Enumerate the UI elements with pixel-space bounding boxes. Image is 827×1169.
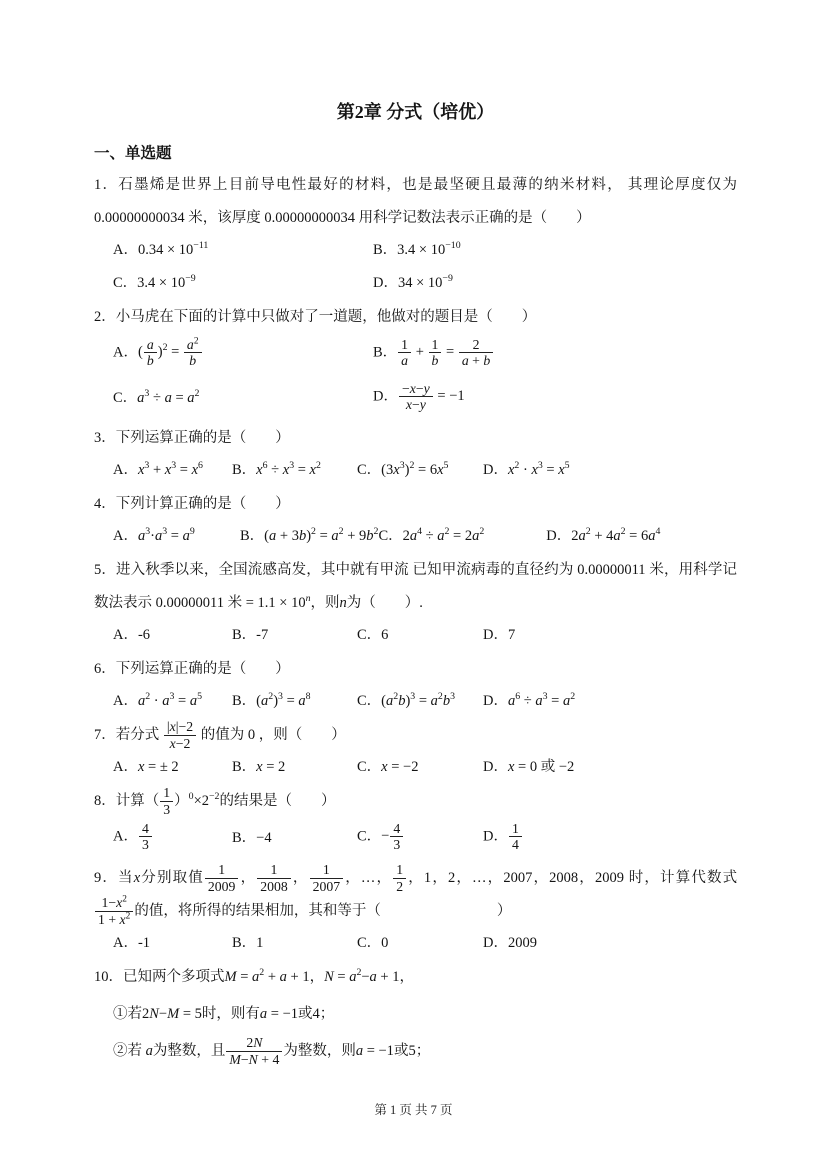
section-heading: 一、单选题 (94, 142, 737, 166)
option-c: C．3.4 × 10−9 (113, 271, 373, 292)
option-c: C．0 (357, 931, 483, 952)
option-a: A．0.34 × 10−11 (113, 238, 373, 259)
options-row: A．0.34 × 10−11 B．3.4 × 10−10 C．3.4 × 10−… (94, 238, 737, 292)
option-d: D．2009 (483, 931, 737, 952)
option-b: B．3.4 × 10−10 (373, 238, 737, 259)
question-stem: 10．已知两个多项式M = a2 + a + 1，N = a2−a + 1， (94, 961, 737, 994)
question-8: 8．计算（13）0×2−2的结果是（ ） A．43 B．−4 C．−43 D．1… (94, 785, 737, 853)
options-row: A．(ab)2 = a2b B．1a + 1b = 2a + b C．a3 ÷ … (94, 337, 737, 413)
option-b: B．−4 (232, 826, 357, 847)
option-b: B．1a + 1b = 2a + b (373, 337, 737, 369)
question-10: 10．已知两个多项式M = a2 + a + 1，N = a2−a + 1， ①… (94, 961, 737, 1068)
option-d: D．14 (483, 821, 737, 853)
option-c: C．2a4 ÷ a2 = 2a2 (378, 524, 484, 545)
question-4: 4．下列计算正确的是（ ） A．a3·a3 = a9 B．(a + 3b)2 =… (94, 488, 737, 545)
question-stem: 8．计算（13）0×2−2的结果是（ ） (94, 785, 737, 818)
option-d: D．34 × 10−9 (373, 271, 737, 292)
question-stem: 3．下列运算正确的是（ ） (94, 422, 737, 455)
question-stem: 7．若分式 |x|−2x−2 的值为 0 ，则（ ） (94, 719, 737, 752)
question-5: 5．进入秋季以来，全国流感高发，其中就有甲流 已知甲流病毒的直径约为 0.000… (94, 554, 737, 644)
options-row: A．43 B．−4 C．−43 D．14 (94, 821, 737, 853)
option-b: B．(a2)3 = a8 (232, 689, 357, 710)
options-row: A．x = ± 2 B．x = 2 C．x = −2 D．x = 0 或 −2 (94, 755, 737, 776)
question-stem: 2．小马虎在下面的计算中只做对了一道题，他做对的题目是（ ） (94, 301, 737, 334)
question-6: 6．下列运算正确的是（ ） A．a2 · a3 = a5 B．(a2)3 = a… (94, 653, 737, 710)
option-d: D．a6 ÷ a3 = a2 (483, 689, 737, 710)
options-row: A．a2 · a3 = a5 B．(a2)3 = a8 C．(a2b)3 = a… (94, 689, 737, 710)
subpart-2: ②若 a为整数，且2NM−N + 4为整数，则a = −1或5； (94, 1035, 737, 1068)
question-3: 3．下列运算正确的是（ ） A．x3 + x3 = x6 B．x6 ÷ x3 =… (94, 422, 737, 479)
option-a: A．-6 (113, 623, 232, 644)
option-c: C．(3x3)2 = 6x5 (357, 458, 483, 479)
option-c: C．−43 (357, 821, 483, 853)
question-stem: 1．石墨烯是世界上目前导电性最好的材料，也是最坚硬且最薄的纳米材料， 其理论厚度… (94, 169, 737, 235)
question-7: 7．若分式 |x|−2x−2 的值为 0 ，则（ ） A．x = ± 2 B．x… (94, 719, 737, 776)
option-d: D．7 (483, 623, 737, 644)
option-d: D．2a2 + 4a2 = 6a4 (546, 524, 660, 545)
option-b: B．x = 2 (232, 755, 357, 776)
options-row: A．-6 B．-7 C．6 D．7 (94, 623, 737, 644)
document-page: 第2章 分式（培优） 一、单选题 1．石墨烯是世界上目前导电性最好的材料，也是最… (0, 0, 827, 1169)
option-a: A．x3 + x3 = x6 (113, 458, 232, 479)
option-c: C．x = −2 (357, 755, 483, 776)
subpart-1: ①若2N−M = 5时，则有a = −1或4； (94, 998, 737, 1031)
option-b: B．-7 (232, 623, 357, 644)
option-a: A．-1 (113, 931, 232, 952)
question-2: 2．小马虎在下面的计算中只做对了一道题，他做对的题目是（ ） A．(ab)2 =… (94, 301, 737, 413)
option-a: A．43 (113, 821, 232, 853)
question-stem: 4．下列计算正确的是（ ） (94, 488, 737, 521)
option-a: A．(ab)2 = a2b (113, 337, 373, 369)
question-stem: 5．进入秋季以来，全国流感高发，其中就有甲流 已知甲流病毒的直径约为 0.000… (94, 554, 737, 620)
option-c: C．6 (357, 623, 483, 644)
option-c: C．(a2b)3 = a2b3 (357, 689, 483, 710)
option-b: B．1 (232, 931, 357, 952)
question-stem: 6．下列运算正确的是（ ） (94, 653, 737, 686)
option-b: B．(a + 3b)2 = a2 + 9b2 (240, 524, 378, 545)
page-title: 第2章 分式（培优） (94, 99, 737, 125)
question-9: 9．当x分别取值12009，12008，12007，…，12，1，2，…，200… (94, 862, 737, 952)
options-row: A．-1 B．1 C．0 D．2009 (94, 931, 737, 952)
option-a: A．x = ± 2 (113, 755, 232, 776)
question-stem: 9．当x分别取值12009，12008，12007，…，12，1，2，…，200… (94, 862, 737, 928)
question-1: 1．石墨烯是世界上目前导电性最好的材料，也是最坚硬且最薄的纳米材料， 其理论厚度… (94, 169, 737, 292)
option-d: D．x = 0 或 −2 (483, 755, 737, 776)
option-d: D．−x−yx−y = −1 (373, 381, 737, 413)
options-row: A．a3·a3 = a9 B．(a + 3b)2 = a2 + 9b2 C．2a… (94, 524, 737, 545)
page-footer: 第 1 页 共 7 页 (0, 1100, 827, 1118)
option-a: A．a2 · a3 = a5 (113, 689, 232, 710)
option-a: A．a3·a3 = a9 (113, 524, 240, 545)
option-d: D．x2 · x3 = x5 (483, 458, 737, 479)
options-row: A．x3 + x3 = x6 B．x6 ÷ x3 = x2 C．(3x3)2 =… (94, 458, 737, 479)
option-b: B．x6 ÷ x3 = x2 (232, 458, 357, 479)
option-c: C．a3 ÷ a = a2 (113, 386, 373, 407)
